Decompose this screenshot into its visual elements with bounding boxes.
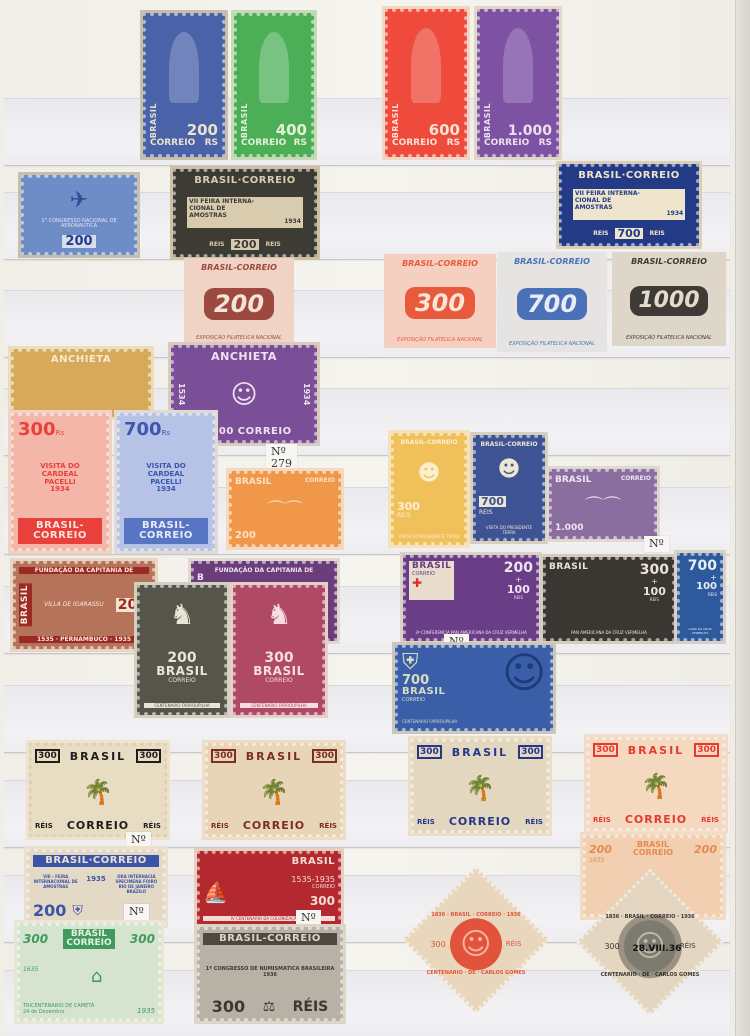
stamp[interactable]: BRASIL 300+100REIS PAN AMERICANA DA CRUZ… — [542, 556, 676, 642]
stamp[interactable]: ANCHIETA — [10, 348, 152, 418]
stamp[interactable]: BRASIL·CORREIO VII FEIRA INTERNA- CIONAL… — [172, 168, 318, 258]
allegory-figure-icon — [259, 32, 289, 103]
palm-mountain-icon: 🌴 — [641, 774, 671, 798]
stamp[interactable]: BRASIL-CORREIO 700 EXPOSIÇÃO FILATELICA … — [497, 252, 607, 352]
bridge-icon: ⌒⌒ — [585, 492, 621, 518]
stamp[interactable]: FUNDAÇÃO DA CAPITANIA DE BRASIL VILLA DE… — [12, 560, 156, 650]
allegory-figure-icon — [503, 28, 533, 103]
stamp[interactable]: 300BRASIL300 🌴 RÉISCORREIORÉIS — [28, 742, 168, 838]
stamp[interactable]: ⛨ 700 BRASIL CORREIO ☺ CENTENARIO FARROU… — [394, 644, 554, 732]
carlos-gomes-portrait-icon: ☺ — [450, 918, 502, 970]
stamp[interactable]: 1836 · BRASIL · CORREIO · 1936 300 ☺ RÉI… — [402, 866, 549, 1013]
allegory-figure-icon — [411, 28, 441, 103]
stamp[interactable]: ✈ 1° CONGRESSO NACIONAL DE AERONAUTICA 2… — [20, 174, 138, 256]
red-cross-icon: ✚ — [412, 577, 451, 589]
palm-mountain-icon: 🌴 — [83, 780, 113, 804]
handwritten-note: Nº — [644, 536, 669, 552]
handwritten-note: Nº279 — [266, 444, 297, 472]
allegory-figure-icon — [169, 32, 199, 103]
stamp[interactable]: BRASILCORREIO✚ 200+100REIS 3ª CONFERENCI… — [402, 554, 540, 642]
horseman-icon: ♞ — [169, 598, 194, 631]
handwritten-note: Nº — [296, 910, 321, 926]
portrait-icon: ☺ — [502, 652, 546, 694]
stamp[interactable]: 300BRASIL300 🌴 RÉISCORREIORÉIS — [586, 736, 726, 832]
stamp[interactable]: BRASIL-CORREIO ☻ 700REIS VISITA DO PRESI… — [472, 434, 546, 542]
faces-icon: ☻ — [418, 461, 441, 486]
stock-strip — [4, 98, 730, 166]
stamp[interactable]: BRASILCORREIO ⌒⌒ 200 — [228, 470, 342, 548]
handwritten-note: Nº — [126, 832, 151, 848]
stamp[interactable]: BRASIL 200 CORREIORS — [142, 12, 226, 158]
coin-press-icon: ⚖ — [263, 999, 276, 1015]
stamp[interactable]: 1836 · BRASIL · CORREIO · 1936 300 ☺ RÉI… — [576, 868, 723, 1015]
stamp[interactable]: ♞ 200 BRASIL CORREIO CENTENARIO FARROUPI… — [136, 584, 228, 716]
postmark: 28.VIII.36 — [632, 944, 681, 954]
stamp[interactable]: BRASIL 400 CORREIORS — [233, 12, 315, 158]
stamp[interactable]: BRASIL-CORREIO 1000 EXPOSIÇÃO FILATELICA… — [612, 252, 726, 346]
stamp[interactable]: BRASIL 1.000 CORREIORS — [476, 8, 560, 158]
handwritten-note: Nº — [124, 904, 149, 920]
anchieta-portrait-icon: ☺ — [230, 380, 257, 410]
stamp[interactable]: BRASIL-CORREIO 1º CONGRESSO DE NUMISMATI… — [196, 926, 344, 1022]
faces-icon: ☻ — [498, 457, 521, 482]
coat-of-arms-icon: ⛨ — [402, 652, 445, 674]
bridge-icon: ⌒⌒ — [267, 496, 303, 522]
stockbook-page: BRASIL 200 CORREIORS BRASIL 400 CORREIOR… — [0, 0, 750, 1036]
stamp[interactable]: 300Rs VISITA DO CARDEAL PACELLI 1934 BRA… — [10, 412, 110, 552]
stamp[interactable]: BRASILCORREIO ⌒⌒ 1.000 — [548, 468, 658, 540]
stamp[interactable]: BRASIL·CORREIO VII FEIRA INTERNA- CIONAL… — [558, 163, 700, 247]
stamp[interactable]: 300BRASIL300 🌴 RÉISCORREIORÉIS — [204, 742, 344, 838]
stamp[interactable]: BRASIL 600 CORREIORS — [384, 8, 468, 158]
stamp[interactable]: BRASIL-CORREIO 200 EXPOSIÇÃO FILATELICA … — [184, 258, 294, 346]
stamp[interactable]: 300BRASIL300 🌴 RÉISCORREIORÉIS — [410, 738, 550, 834]
coat-of-arms-icon: ⛨ — [72, 903, 83, 919]
stamp[interactable]: BRASIL-CORREIO 300 EXPOSIÇÃO FILATELICA … — [384, 254, 496, 348]
palm-mountain-icon: 🌴 — [259, 780, 289, 804]
palm-mountain-icon: 🌴 — [465, 776, 495, 800]
page-edge — [735, 0, 750, 1036]
town-view-icon: ⌂ — [91, 966, 102, 987]
stamp[interactable]: ♞ 300 BRASIL CORREIO CENTENARIO FARROUPI… — [232, 584, 326, 716]
icarus-figure-icon: ✈ — [70, 188, 88, 213]
stamp[interactable]: 700+100REIS CANA DA CRUZ VERMELHA — [676, 552, 724, 642]
stamp[interactable]: BRASIL-CORREIO ☻ 300REIS VISITA DO PRESI… — [390, 432, 468, 546]
ship-icon: ⛵ — [203, 880, 228, 904]
horseman-icon: ♞ — [266, 598, 291, 631]
stamp[interactable]: 300BRASILCORREIO300 1635⌂ TRICENTENARIO … — [16, 922, 162, 1022]
stamp[interactable]: 700Rs VISITA DO CARDEAL PACELLI 1934 BRA… — [116, 412, 216, 552]
